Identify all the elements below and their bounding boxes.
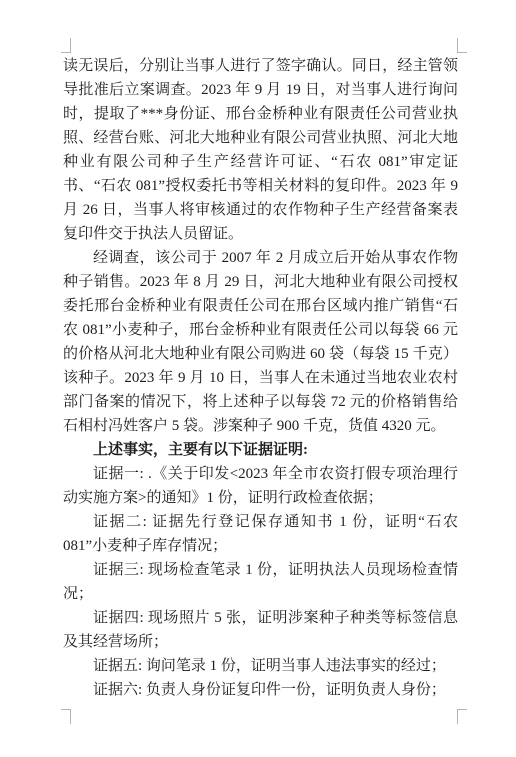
crop-mark-top-right [457, 38, 467, 53]
evidence-item-3: 证据三: 现场检查笔录 1 份，证明执法人员现场检查情况； [63, 558, 458, 606]
crop-mark-top-left [61, 38, 71, 53]
document-page: 读无误后，分别让当事人进行了签字确认。同日，经主管领导批准后立案调查。2023 … [0, 0, 516, 757]
evidence-item-4: 证据四: 现场照片 5 张，证明涉案种子种类等标签信息及其经营场所； [63, 606, 458, 654]
evidence-item-2: 证据二: 证据先行登记保存通知书 1 份，证明“石农 081”小麦种子库存情况； [63, 510, 458, 558]
investigation-paragraph: 经调查，该公司于 2007 年 2 月成立后开始从事农作物种子销售。2023 年… [63, 246, 458, 438]
continuation-paragraph: 读无误后，分别让当事人进行了签字确认。同日，经主管领导批准后立案调查。2023 … [63, 54, 458, 246]
crop-mark-bottom-left [61, 709, 71, 724]
evidence-heading: 上述事实，主要有以下证据证明: [63, 438, 458, 462]
document-body-text: 读无误后，分别让当事人进行了签字确认。同日，经主管领导批准后立案调查。2023 … [63, 54, 458, 702]
evidence-item-1: 证据一: .《关于印发<2023 年全市农资打假专项治理行动实施方案>的通知》1… [63, 462, 458, 510]
evidence-item-6: 证据六: 负责人身份证复印件一份，证明负责人身份； [63, 678, 458, 702]
crop-mark-bottom-right [457, 709, 467, 724]
evidence-item-5: 证据五: 询问笔录 1 份，证明当事人违法事实的经过； [63, 654, 458, 678]
